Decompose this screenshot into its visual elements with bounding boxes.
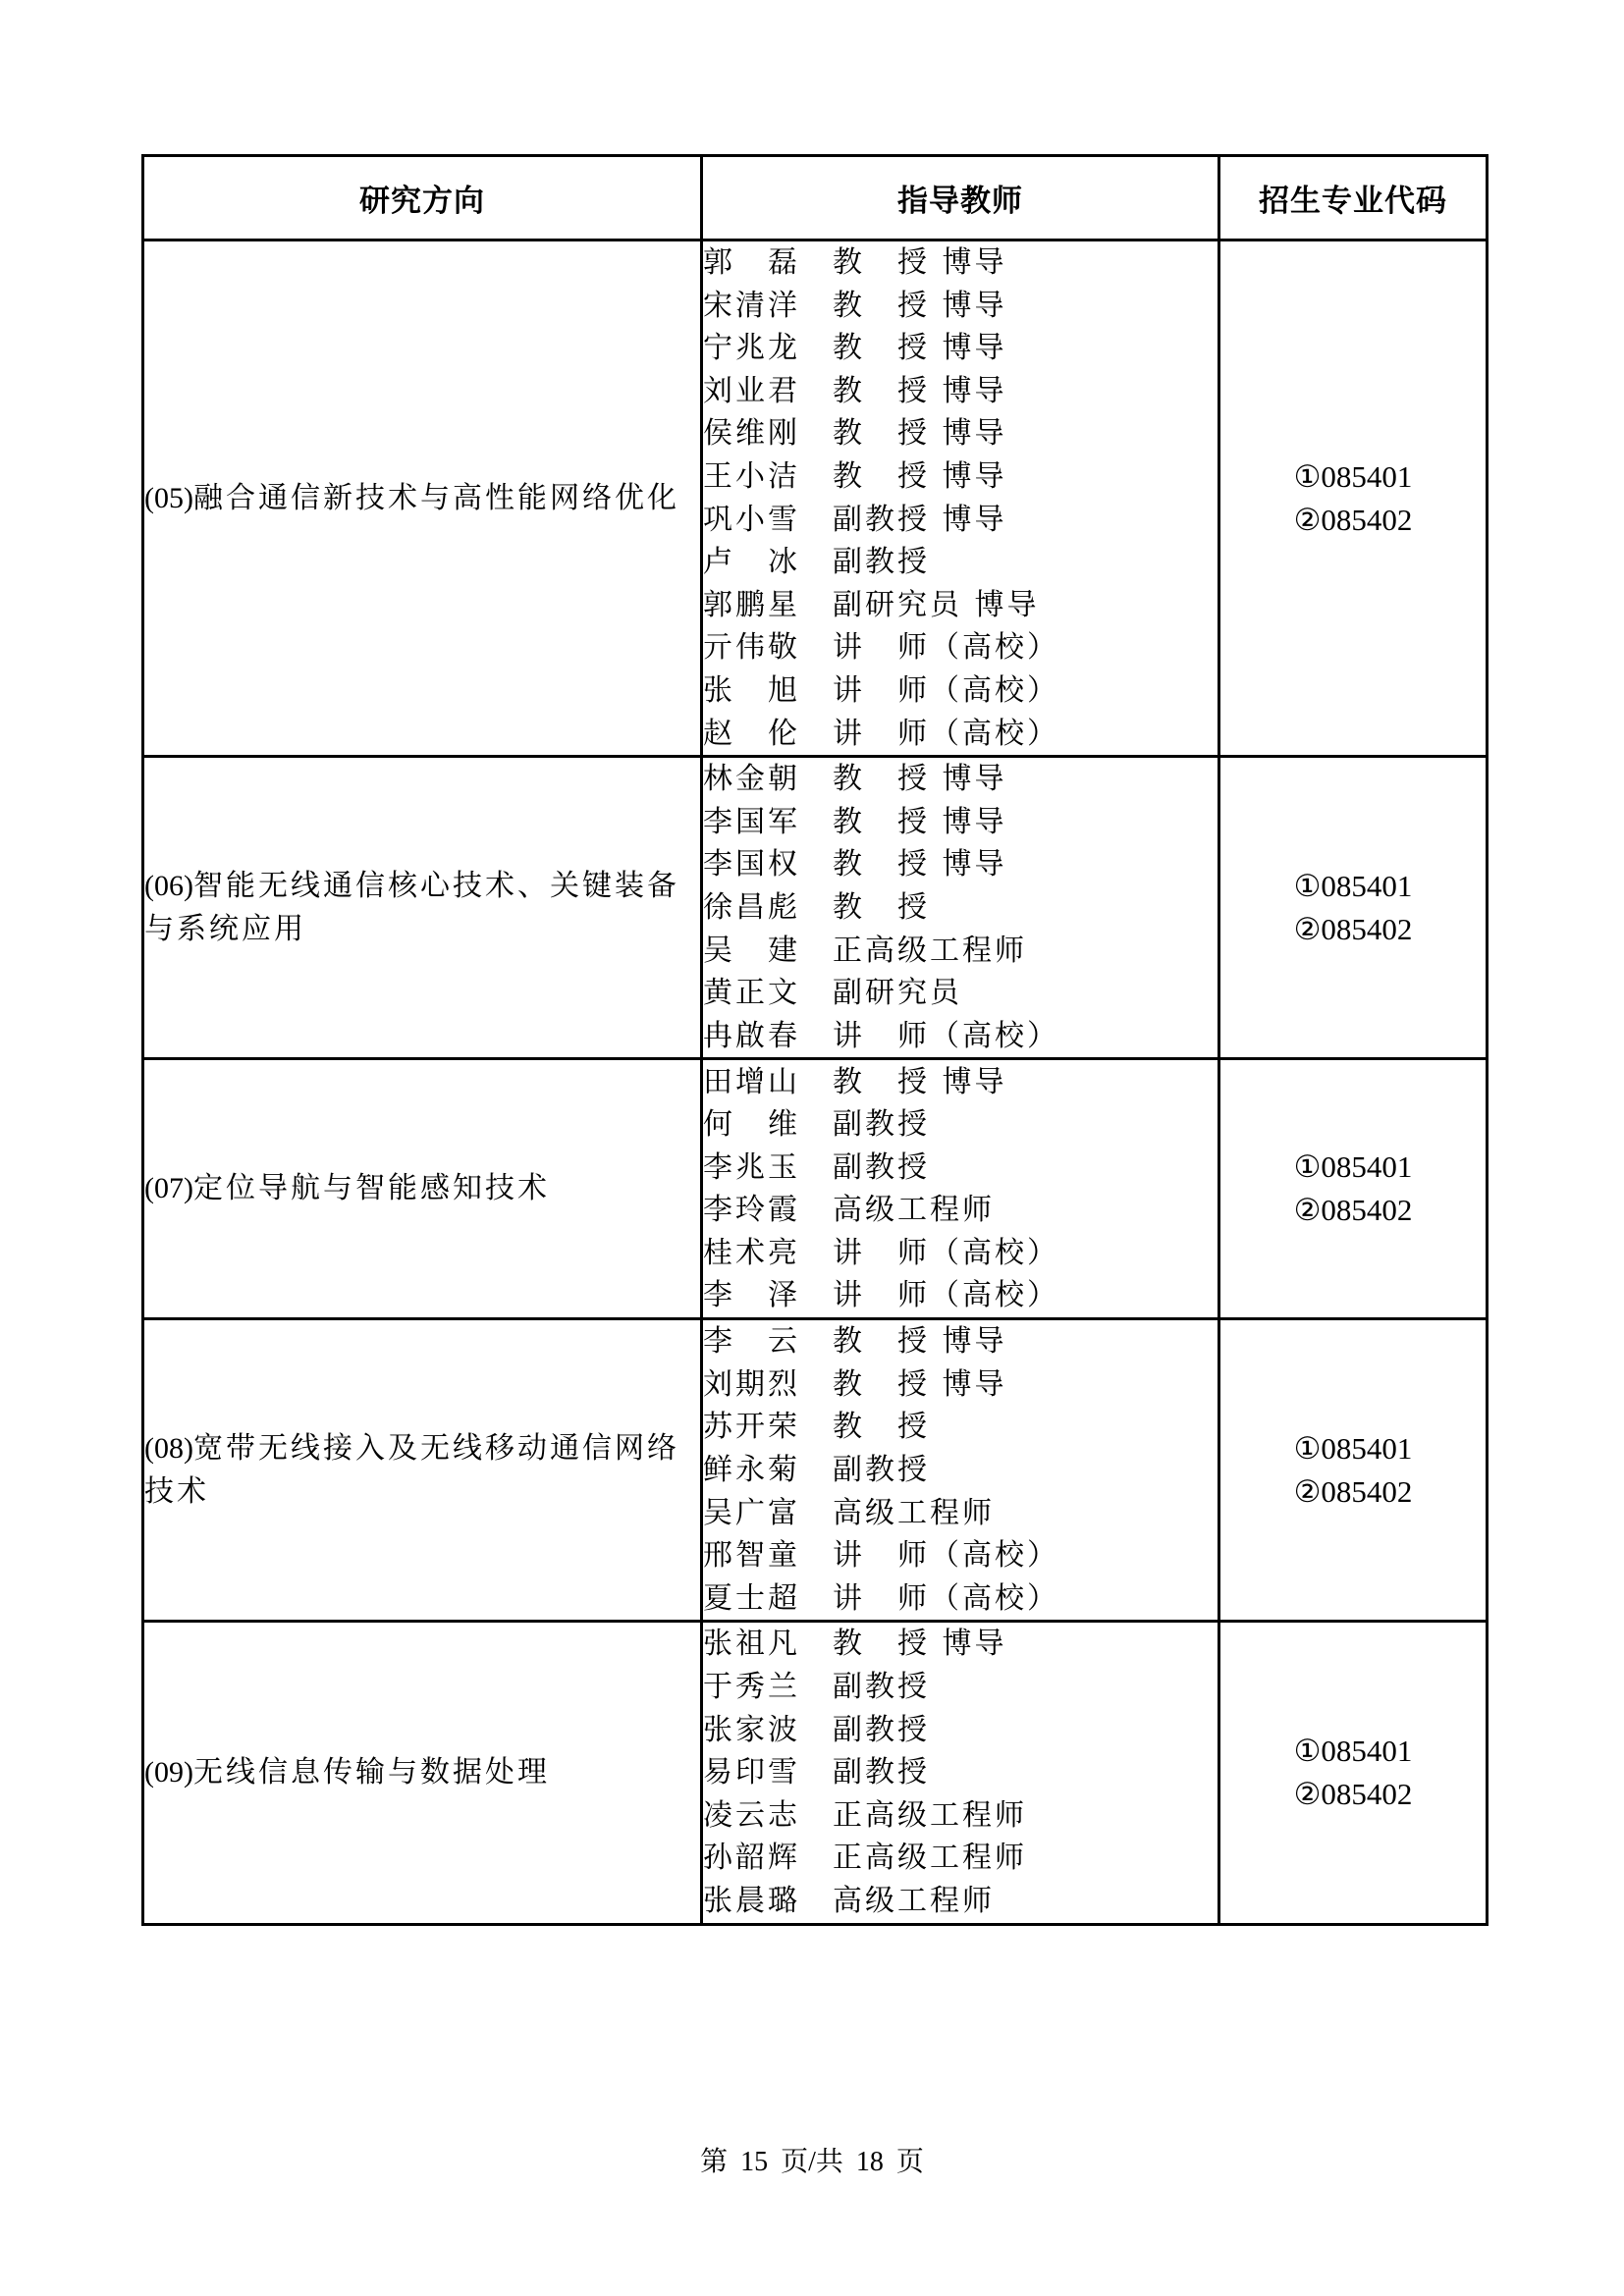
- major-code-cell: ①085401②085402: [1219, 1319, 1488, 1622]
- supervisor-name: 何 维: [703, 1103, 833, 1147]
- major-code: ②085402: [1220, 1773, 1486, 1816]
- document-page: 研究方向 指导教师 招生专业代码 (05)融合通信新技术与高性能网络优化郭 磊教…: [0, 0, 1624, 2296]
- research-direction-cell: (09)无线信息传输与数据处理: [143, 1622, 702, 1924]
- major-code: ②085402: [1220, 1189, 1486, 1232]
- direction-number: (09): [144, 1756, 193, 1789]
- supervisor-entry: 宋清洋教 授 博导: [703, 285, 1218, 328]
- supervisor-title: 教 授 博导: [833, 1627, 1007, 1661]
- supervisor-title: 讲 师（高校）: [833, 630, 1059, 665]
- supervisor-entry: 巩小雪副教授 博导: [703, 499, 1218, 542]
- supervisor-name: 李 云: [703, 1320, 833, 1363]
- major-code: ①085401: [1220, 865, 1486, 908]
- major-code: ②085402: [1220, 499, 1486, 542]
- supervisor-title: 教 授 博导: [833, 289, 1007, 323]
- supervisor-entry: 王小洁教 授 博导: [703, 455, 1218, 499]
- supervisor-title: 教 授 博导: [833, 1065, 1007, 1099]
- supervisor-title: 副教授: [833, 1670, 930, 1704]
- supervisor-entry: 亓伟敬讲 师（高校）: [703, 626, 1218, 669]
- supervisor-title: 副研究员: [833, 976, 962, 1010]
- supervisor-name: 于秀兰: [703, 1666, 833, 1709]
- supervisor-name: 王小洁: [703, 455, 833, 499]
- supervisor-title: 高级工程师: [833, 1884, 995, 1918]
- supervisor-title: 讲 师（高校）: [833, 1538, 1059, 1573]
- supervisor-title: 教 授 博导: [833, 374, 1007, 408]
- supervisor-name: 郭 磊: [703, 241, 833, 285]
- supervisor-entry: 张家波副教授: [703, 1709, 1218, 1752]
- supervisor-entry: 田增山教 授 博导: [703, 1061, 1218, 1104]
- supervisor-name: 郭鹏星: [703, 584, 833, 627]
- supervisors-cell: 林金朝教 授 博导李国军教 授 博导李国权教 授 博导徐昌彪教 授吴 建正高级工…: [702, 757, 1219, 1059]
- supervisor-entry: 李 云教 授 博导: [703, 1320, 1218, 1363]
- supervisor-name: 李玲霞: [703, 1189, 833, 1232]
- supervisor-entry: 何 维副教授: [703, 1103, 1218, 1147]
- supervisor-title: 副教授: [833, 545, 930, 579]
- supervisor-title: 教 授 博导: [833, 1324, 1007, 1359]
- major-code-cell: ①085401②085402: [1219, 240, 1488, 757]
- supervisor-title: 教 授 博导: [833, 762, 1007, 796]
- supervisor-name: 刘期烈: [703, 1363, 833, 1407]
- direction-title: 融合通信新技术与高性能网络优化: [193, 481, 679, 515]
- supervisor-title: 教 授 博导: [833, 1367, 1007, 1402]
- supervisor-entry: 郭 磊教 授 博导: [703, 241, 1218, 285]
- supervisor-title: 副教授 博导: [833, 503, 1007, 537]
- table-row: (08)宽带无线接入及无线移动通信网络技术李 云教 授 博导刘期烈教 授 博导苏…: [143, 1319, 1488, 1622]
- supervisor-name: 徐昌彪: [703, 886, 833, 930]
- table-header-row: 研究方向 指导教师 招生专业代码: [143, 156, 1488, 240]
- supervisor-title: 讲 师（高校）: [833, 1581, 1059, 1616]
- supervisor-title: 正高级工程师: [833, 1798, 1027, 1833]
- supervisor-title: 副教授: [833, 1107, 930, 1142]
- research-direction-cell: (06)智能无线通信核心技术、关键装备与系统应用: [143, 757, 702, 1059]
- direction-title: 智能无线通信核心技术、关键装备与系统应用: [144, 869, 679, 946]
- supervisor-name: 冉啟春: [703, 1015, 833, 1058]
- supervisor-entry: 刘期烈教 授 博导: [703, 1363, 1218, 1407]
- supervisor-title: 副教授: [833, 1453, 930, 1487]
- supervisor-entry: 侯维刚教 授 博导: [703, 412, 1218, 455]
- supervisor-name: 黄正文: [703, 972, 833, 1015]
- supervisor-title: 讲 师（高校）: [833, 1019, 1059, 1053]
- supervisor-title: 教 授 博导: [833, 331, 1007, 365]
- supervisor-title: 讲 师（高校）: [833, 1278, 1059, 1312]
- supervisor-name: 宋清洋: [703, 285, 833, 328]
- supervisor-entry: 凌云志正高级工程师: [703, 1794, 1218, 1838]
- supervisor-name: 孙韶辉: [703, 1837, 833, 1880]
- supervisors-cell: 李 云教 授 博导刘期烈教 授 博导苏开荣教 授鲜永菊副教授吴广富高级工程师邢智…: [702, 1319, 1219, 1622]
- supervisor-entry: 赵 伦讲 师（高校）: [703, 713, 1218, 756]
- direction-number: (07): [144, 1172, 193, 1204]
- supervisors-cell: 张祖凡教 授 博导于秀兰副教授张家波副教授易印雪副教授凌云志正高级工程师孙韶辉正…: [702, 1622, 1219, 1924]
- supervisor-name: 桂术亮: [703, 1232, 833, 1275]
- supervisor-entry: 冉啟春讲 师（高校）: [703, 1015, 1218, 1058]
- supervisor-title: 教 授 博导: [833, 416, 1007, 451]
- direction-number: (05): [144, 482, 193, 514]
- supervisor-entry: 林金朝教 授 博导: [703, 758, 1218, 801]
- major-code: ①085401: [1220, 1730, 1486, 1773]
- supervisor-name: 邢智童: [703, 1534, 833, 1577]
- research-direction-cell: (08)宽带无线接入及无线移动通信网络技术: [143, 1319, 702, 1622]
- supervisor-entry: 桂术亮讲 师（高校）: [703, 1232, 1218, 1275]
- supervisor-name: 凌云志: [703, 1794, 833, 1838]
- supervisor-name: 林金朝: [703, 758, 833, 801]
- header-major-code: 招生专业代码: [1219, 156, 1488, 240]
- direction-number: (06): [144, 870, 193, 902]
- page-number: 第 15 页/共 18 页: [0, 2140, 1624, 2179]
- supervisor-title: 正高级工程师: [833, 934, 1027, 968]
- direction-title: 宽带无线接入及无线移动通信网络技术: [144, 1431, 679, 1509]
- supervisor-title: 高级工程师: [833, 1496, 995, 1530]
- supervisors-cell: 郭 磊教 授 博导宋清洋教 授 博导宁兆龙教 授 博导刘业君教 授 博导侯维刚教…: [702, 240, 1219, 757]
- major-code: ①085401: [1220, 455, 1486, 499]
- supervisor-entry: 李 泽讲 师（高校）: [703, 1274, 1218, 1317]
- supervisor-name: 李国权: [703, 843, 833, 886]
- supervisor-name: 田增山: [703, 1061, 833, 1104]
- supervisor-title: 副教授: [833, 1713, 930, 1747]
- supervisor-entry: 张祖凡教 授 博导: [703, 1623, 1218, 1666]
- supervisor-title: 教 授 博导: [833, 847, 1007, 881]
- major-code: ①085401: [1220, 1427, 1486, 1470]
- supervisor-entry: 黄正文副研究员: [703, 972, 1218, 1015]
- supervisor-name: 李兆玉: [703, 1147, 833, 1190]
- supervisor-entry: 张 旭讲 师（高校）: [703, 669, 1218, 713]
- supervisor-title: 教 授: [833, 1410, 930, 1444]
- supervisor-entry: 易印雪副教授: [703, 1751, 1218, 1794]
- supervisor-title: 高级工程师: [833, 1193, 995, 1227]
- direction-title: 无线信息传输与数据处理: [193, 1755, 550, 1789]
- direction-title: 定位导航与智能感知技术: [193, 1171, 550, 1205]
- major-code: ②085402: [1220, 1470, 1486, 1514]
- major-code-cell: ①085401②085402: [1219, 1059, 1488, 1319]
- supervisor-name: 宁兆龙: [703, 327, 833, 370]
- supervisors-cell: 田增山教 授 博导何 维副教授李兆玉副教授李玲霞高级工程师桂术亮讲 师（高校）李…: [702, 1059, 1219, 1319]
- table-row: (06)智能无线通信核心技术、关键装备与系统应用林金朝教 授 博导李国军教 授 …: [143, 757, 1488, 1059]
- supervisor-entry: 徐昌彪教 授: [703, 886, 1218, 930]
- supervisor-name: 侯维刚: [703, 412, 833, 455]
- supervisor-name: 巩小雪: [703, 499, 833, 542]
- supervisor-entry: 张晨璐高级工程师: [703, 1880, 1218, 1923]
- supervisor-entry: 李兆玉副教授: [703, 1147, 1218, 1190]
- table-row: (09)无线信息传输与数据处理张祖凡教 授 博导于秀兰副教授张家波副教授易印雪副…: [143, 1622, 1488, 1924]
- major-code: ②085402: [1220, 908, 1486, 951]
- supervisor-name: 赵 伦: [703, 713, 833, 756]
- supervisor-title: 教 授: [833, 890, 930, 925]
- supervisor-title: 讲 师（高校）: [833, 673, 1059, 708]
- header-supervisors: 指导教师: [702, 156, 1219, 240]
- supervisor-name: 刘业君: [703, 370, 833, 413]
- supervisor-entry: 苏开荣教 授: [703, 1406, 1218, 1449]
- major-code-cell: ①085401②085402: [1219, 1622, 1488, 1924]
- direction-number: (08): [144, 1432, 193, 1465]
- supervisor-entry: 邢智童讲 师（高校）: [703, 1534, 1218, 1577]
- supervisor-entry: 鲜永菊副教授: [703, 1449, 1218, 1492]
- header-research-direction: 研究方向: [143, 156, 702, 240]
- supervisor-name: 吴广富: [703, 1492, 833, 1535]
- supervisor-name: 张祖凡: [703, 1623, 833, 1666]
- supervisor-name: 夏士超: [703, 1577, 833, 1621]
- supervisor-name: 李 泽: [703, 1274, 833, 1317]
- supervisor-name: 张 旭: [703, 669, 833, 713]
- supervisor-title: 讲 师（高校）: [833, 717, 1059, 751]
- supervisor-entry: 李国军教 授 博导: [703, 801, 1218, 844]
- research-direction-cell: (05)融合通信新技术与高性能网络优化: [143, 240, 702, 757]
- table-row: (07)定位导航与智能感知技术田增山教 授 博导何 维副教授李兆玉副教授李玲霞高…: [143, 1059, 1488, 1319]
- major-code: ①085401: [1220, 1146, 1486, 1189]
- supervisor-name: 张晨璐: [703, 1880, 833, 1923]
- supervisor-title: 教 授 博导: [833, 245, 1007, 280]
- supervisor-entry: 夏士超讲 师（高校）: [703, 1577, 1218, 1621]
- supervisor-name: 卢 冰: [703, 541, 833, 584]
- supervisor-entry: 郭鹏星副研究员 博导: [703, 584, 1218, 627]
- supervisor-entry: 李玲霞高级工程师: [703, 1189, 1218, 1232]
- supervisor-table: 研究方向 指导教师 招生专业代码 (05)融合通信新技术与高性能网络优化郭 磊教…: [141, 154, 1489, 1926]
- supervisor-title: 教 授 博导: [833, 805, 1007, 839]
- supervisor-title: 教 授 博导: [833, 459, 1007, 494]
- supervisor-entry: 吴 建正高级工程师: [703, 930, 1218, 973]
- supervisor-name: 张家波: [703, 1709, 833, 1752]
- supervisor-name: 苏开荣: [703, 1406, 833, 1449]
- supervisor-title: 副教授: [833, 1150, 930, 1185]
- supervisor-entry: 于秀兰副教授: [703, 1666, 1218, 1709]
- supervisor-name: 鲜永菊: [703, 1449, 833, 1492]
- supervisor-entry: 孙韶辉正高级工程师: [703, 1837, 1218, 1880]
- table-row: (05)融合通信新技术与高性能网络优化郭 磊教 授 博导宋清洋教 授 博导宁兆龙…: [143, 240, 1488, 757]
- supervisor-title: 正高级工程师: [833, 1841, 1027, 1875]
- supervisor-entry: 卢 冰副教授: [703, 541, 1218, 584]
- supervisor-entry: 宁兆龙教 授 博导: [703, 327, 1218, 370]
- supervisor-entry: 刘业君教 授 博导: [703, 370, 1218, 413]
- supervisor-name: 吴 建: [703, 930, 833, 973]
- supervisor-title: 副教授: [833, 1755, 930, 1789]
- supervisor-entry: 李国权教 授 博导: [703, 843, 1218, 886]
- supervisor-title: 副研究员 博导: [833, 588, 1040, 622]
- supervisor-entry: 吴广富高级工程师: [703, 1492, 1218, 1535]
- supervisor-name: 亓伟敬: [703, 626, 833, 669]
- research-direction-cell: (07)定位导航与智能感知技术: [143, 1059, 702, 1319]
- supervisor-title: 讲 师（高校）: [833, 1236, 1059, 1270]
- major-code-cell: ①085401②085402: [1219, 757, 1488, 1059]
- supervisor-name: 李国军: [703, 801, 833, 844]
- supervisor-name: 易印雪: [703, 1751, 833, 1794]
